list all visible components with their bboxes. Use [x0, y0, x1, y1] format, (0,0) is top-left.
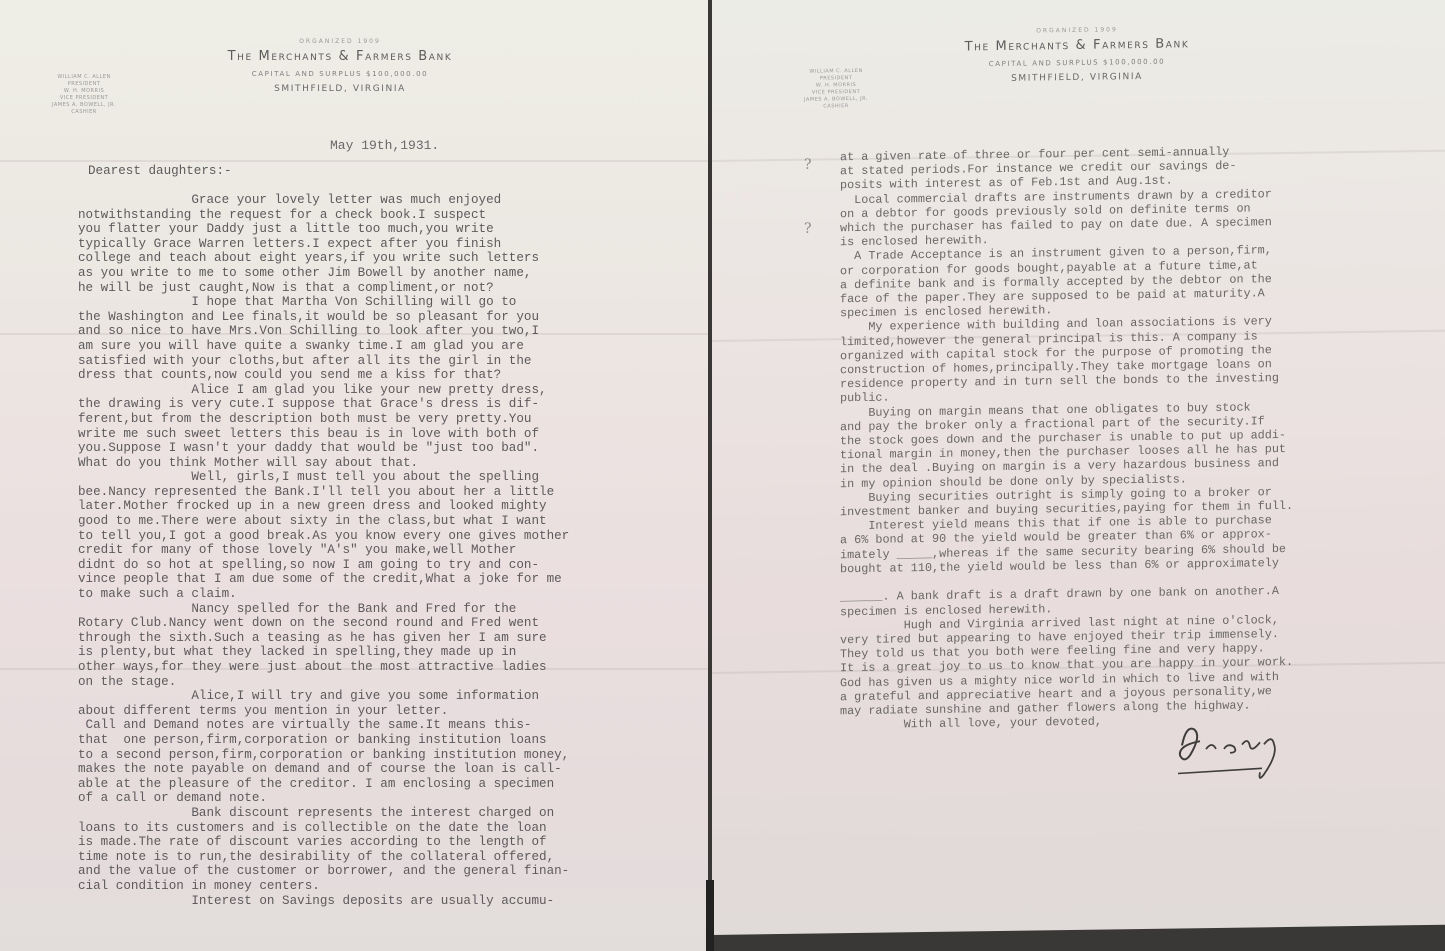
typed-line: typically Grace Warren letters.I expect …: [78, 237, 569, 252]
officer-line: WILLIAM C. ALLEN: [52, 74, 116, 81]
typed-line: makes the note payable on demand and of …: [78, 762, 569, 777]
typed-line: able at the pleasure of the creditor. I …: [78, 777, 569, 792]
letter-page-2: WILLIAM C. ALLENPRESIDENTW. H. MORRISVIC…: [712, 0, 1445, 935]
officers-list: WILLIAM C. ALLENPRESIDENTW. H. MORRISVIC…: [52, 74, 116, 116]
typed-line: that one person,firm,corporation or bank…: [78, 733, 569, 748]
typed-line: on the stage.: [78, 675, 569, 690]
typed-line: he will be just caught,Now is that a com…: [78, 281, 569, 296]
letterhead: ORGANIZED 1909 The Merchants & Farmers B…: [150, 38, 530, 94]
bank-capital: CAPITAL AND SURPLUS $100,000.00: [887, 56, 1267, 69]
typed-line: I hope that Martha Von Schilling will go…: [78, 295, 569, 310]
typed-line: about different terms you mention in you…: [78, 704, 569, 719]
typed-line: is plenty,but what they lacked in spelli…: [78, 645, 569, 660]
margin-question-mark: ?: [804, 157, 812, 173]
typed-line: through the sixth.Such a teasing as he h…: [78, 631, 569, 646]
typed-line: later.Mother frocked up in a new green d…: [78, 499, 569, 514]
bank-name: The Merchants & Farmers Bank: [150, 49, 530, 64]
typed-line: write me such sweet letters this beau is…: [78, 427, 569, 442]
gap-shadow: [706, 880, 714, 951]
officer-line: PRESIDENT: [52, 81, 116, 88]
margin-question-mark: ?: [804, 221, 812, 237]
typed-line: you.Suppose I wasn't your daddy that wou…: [78, 441, 569, 456]
typed-line: Grace your lovely letter was much enjoye…: [78, 193, 569, 208]
typed-line: notwithstanding the request for a check …: [78, 208, 569, 223]
letterhead-established: ORGANIZED 1909: [150, 38, 530, 45]
officer-line: W. H. MORRIS: [52, 88, 116, 95]
letter-page-1: WILLIAM C. ALLENPRESIDENTW. H. MORRISVIC…: [0, 0, 708, 951]
typed-line: you flatter your Daddy just a little too…: [78, 222, 569, 237]
typed-line: and so nice to have Mrs.Von Schilling to…: [78, 324, 569, 339]
salutation: Dearest daughters:-: [88, 164, 232, 179]
typed-line: vince people that I am due some of the c…: [78, 572, 569, 587]
typed-line: Interest on Savings deposits are usually…: [78, 894, 569, 909]
typed-line: What do you think Mother will say about …: [78, 456, 569, 471]
typed-line: am sure you will have quite a swanky tim…: [78, 339, 569, 354]
typed-line: satisfied with your cloths,but after all…: [78, 354, 569, 369]
typed-line: as you write to me to some other Jim Bow…: [78, 266, 569, 281]
typed-line: Nancy spelled for the Bank and Fred for …: [78, 602, 569, 617]
typed-line: time note is to run,the desirability of …: [78, 850, 569, 865]
typed-line: cial condition in money centers.: [78, 879, 569, 894]
page2-body: at a given rate of three or four per cen…: [840, 144, 1293, 733]
typed-line: of a call or demand note.: [78, 791, 569, 806]
officer-line: CASHIER: [52, 109, 116, 116]
typed-line: to tell you,I got a good break.As you kn…: [78, 529, 569, 544]
bank-location: SMITHFIELD, VIRGINIA: [887, 70, 1267, 85]
typed-line: Well, girls,I must tell you about the sp…: [78, 470, 569, 485]
typed-line: credit for many of those lovely "A's" yo…: [78, 543, 569, 558]
officer-line: VICE PRESIDENT: [52, 95, 116, 102]
typed-line: other ways,for they were just about the …: [78, 660, 569, 675]
typed-line: college and teach about eight years,if y…: [78, 251, 569, 266]
typed-line: is made.The rate of discount varies acco…: [78, 835, 569, 850]
typed-line: didnt do so hot at spelling,so now I am …: [78, 558, 569, 573]
signature: [1172, 713, 1332, 790]
bank-capital: CAPITAL AND SURPLUS $100,000.00: [150, 70, 530, 78]
typed-line: the drawing is very cute.I suppose that …: [78, 397, 569, 412]
typed-line: good to me.There were about sixty in the…: [78, 514, 569, 529]
typed-line: Rotary Club.Nancy went down on the secon…: [78, 616, 569, 631]
page1-body: Grace your lovely letter was much enjoye…: [78, 193, 569, 908]
typed-line: and the value of the customer or borrowe…: [78, 864, 569, 879]
bank-name: The Merchants & Farmers Bank: [887, 35, 1267, 55]
officer-line: JAMES A. BOWELL, JR.: [52, 102, 116, 109]
bank-location: SMITHFIELD, VIRGINIA: [150, 84, 530, 94]
typed-line: ferent,but from the description both mus…: [78, 412, 569, 427]
letter-date: May 19th,1931.: [330, 138, 439, 153]
typed-line: Alice,I will try and give you some infor…: [78, 689, 569, 704]
officer-line: CASHIER: [804, 103, 868, 111]
officers-list: WILLIAM C. ALLENPRESIDENTW. H. MORRISVIC…: [804, 68, 868, 111]
letterhead-established: ORGANIZED 1909: [887, 24, 1267, 36]
typed-line: the Washington and Lee finals,it would b…: [78, 310, 569, 325]
typed-line: to a second person,firm,corporation or b…: [78, 748, 569, 763]
typed-line: to make such a claim.: [78, 587, 569, 602]
typed-line: Call and Demand notes are virtually the …: [78, 718, 569, 733]
signature-daddy: [1172, 713, 1332, 785]
typed-line: Alice I am glad you like your new pretty…: [78, 383, 569, 398]
typed-line: bee.Nancy represented the Bank.I'll tell…: [78, 485, 569, 500]
letterhead: ORGANIZED 1909 The Merchants & Farmers B…: [887, 24, 1267, 85]
typed-line: loans to its customers and is collectibl…: [78, 821, 569, 836]
typed-line: Bank discount represents the interest ch…: [78, 806, 569, 821]
typed-line: dress that counts,now could you send me …: [78, 368, 569, 383]
